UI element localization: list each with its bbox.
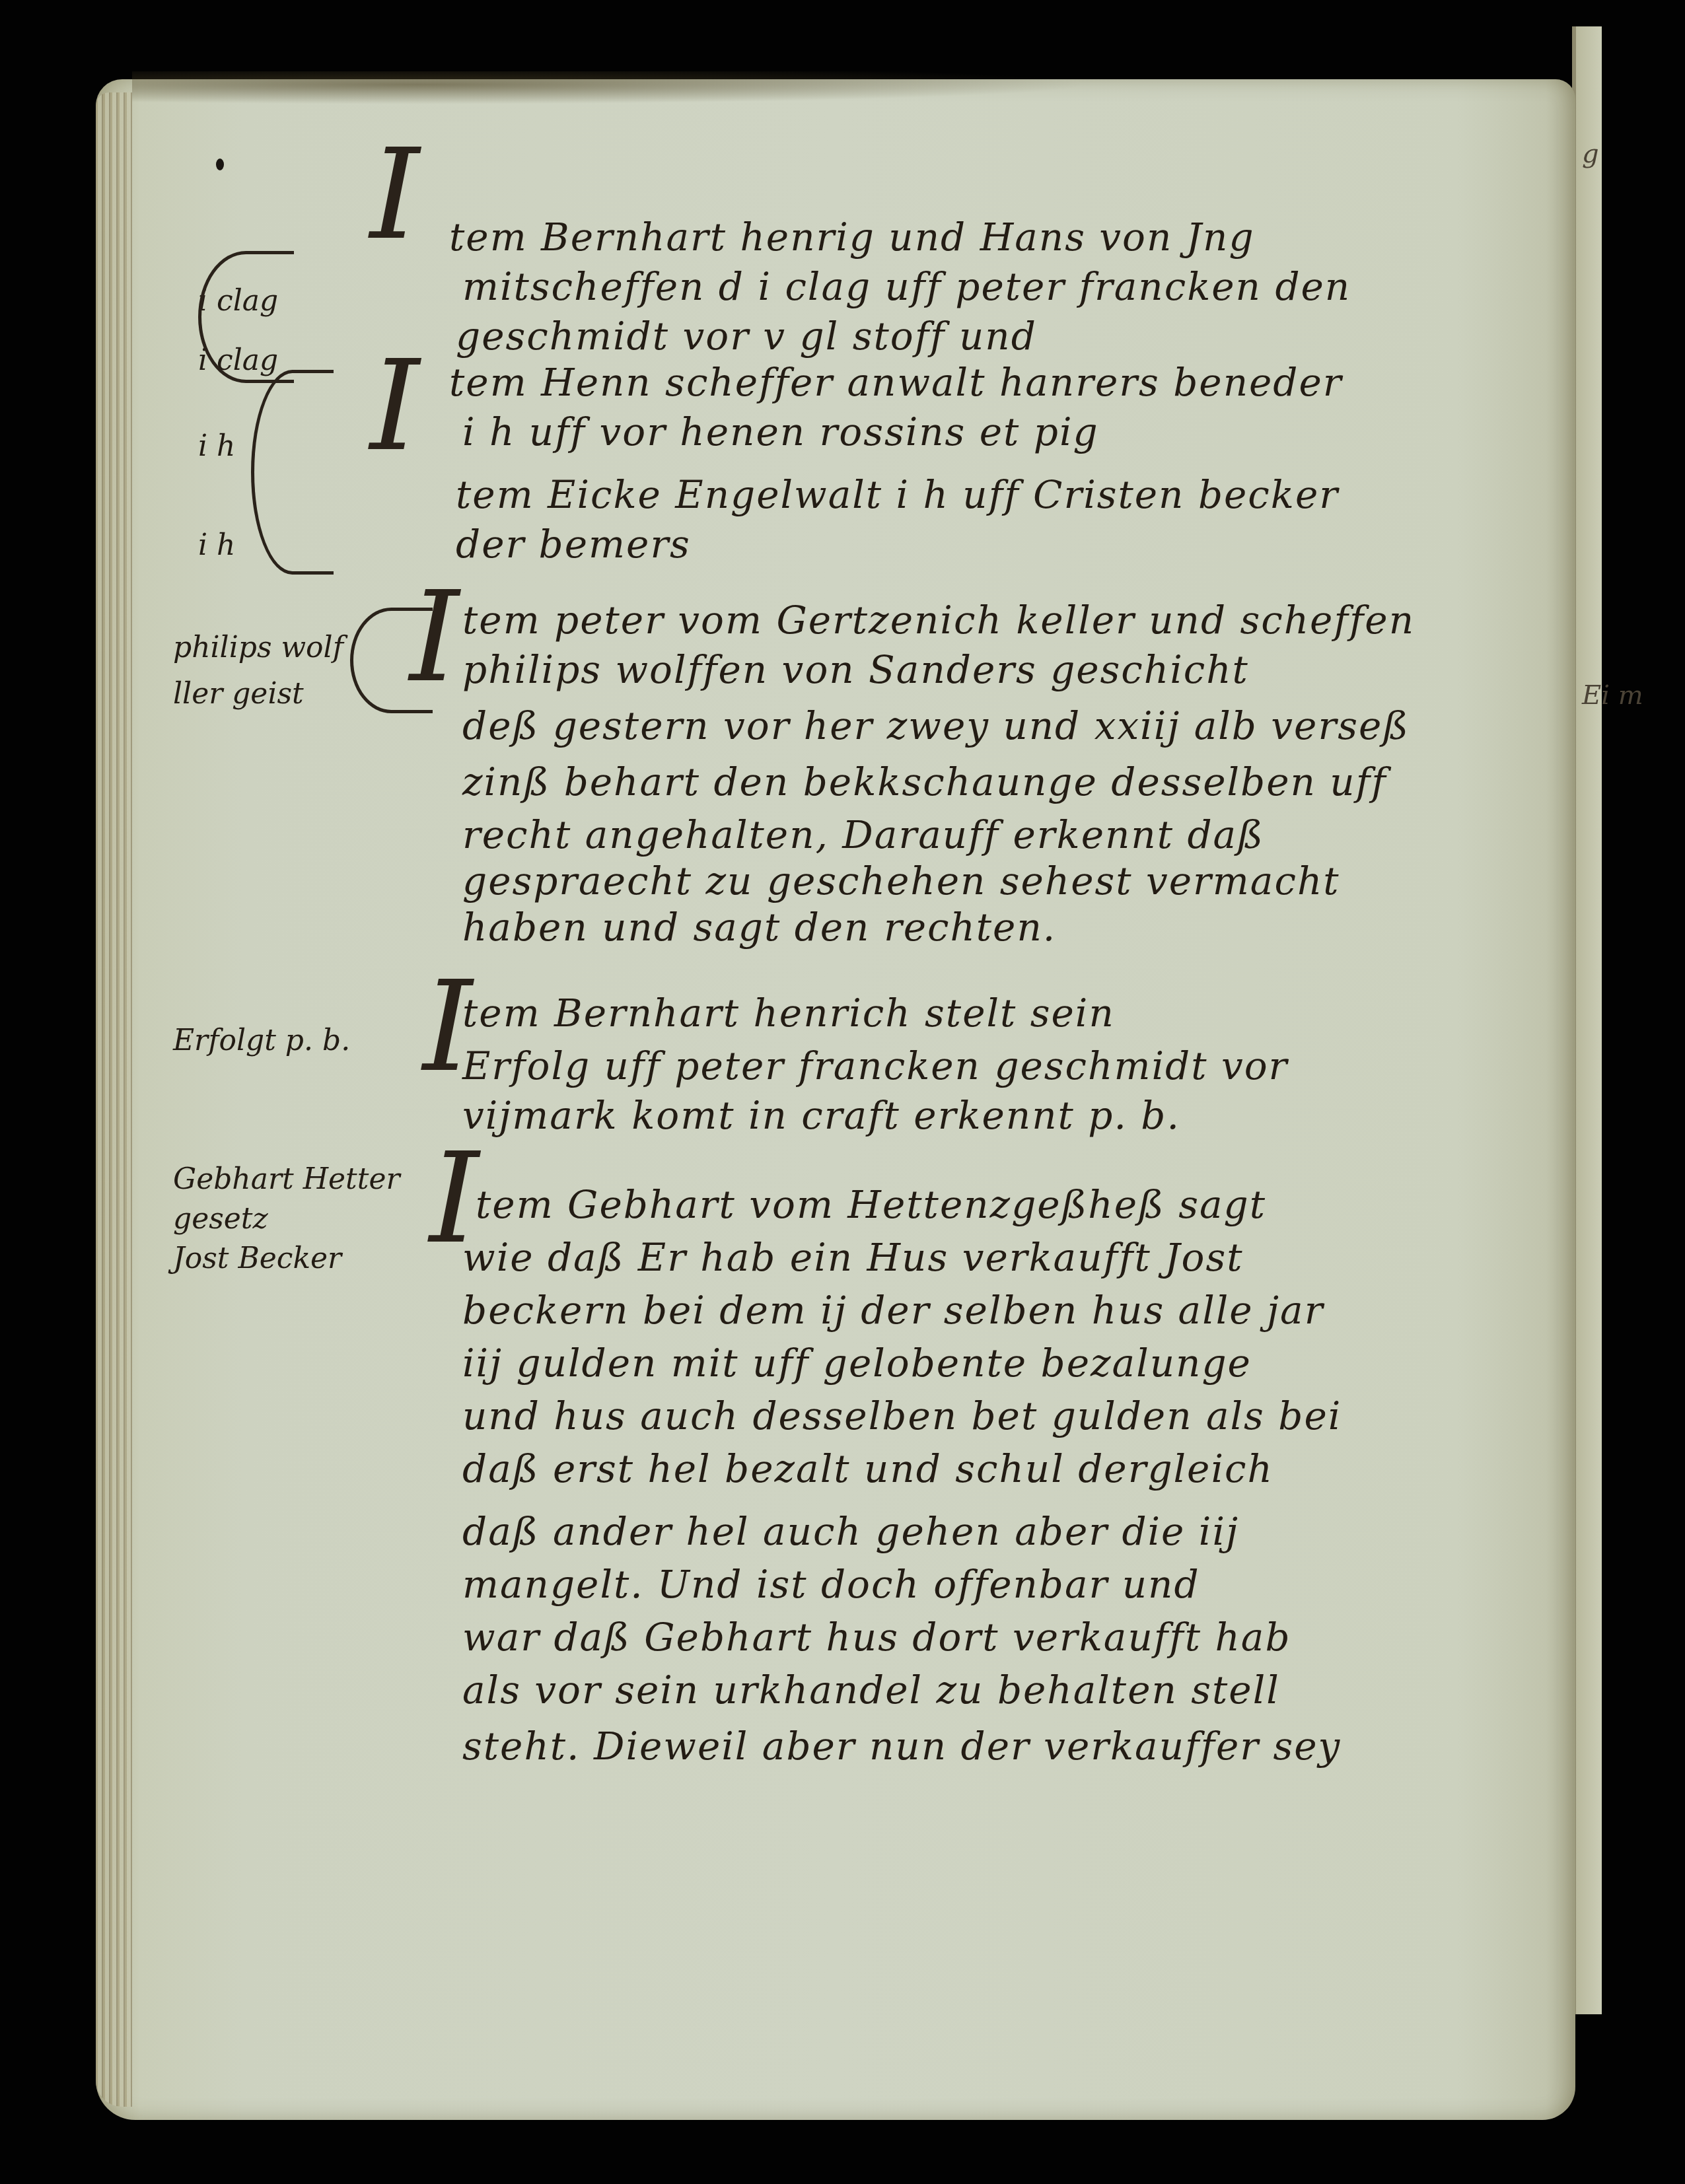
text-line: recht angehalten, Darauff erkennt daß [462,812,1264,857]
text-line: wie daß Er hab ein Hus verkaufft Jost [462,1235,1243,1280]
margin-note: philips wolf [173,631,343,664]
text-line: tem Bernhart henrich stelt sein [462,991,1115,1036]
adjacent-page-edge [1575,26,1602,2014]
text-line: als vor sein urkhandel zu behalten stell [462,1668,1280,1712]
decorated-initial: I [370,132,419,258]
text-line: haben und sagt den rechten. [462,905,1056,950]
margin-note: i h [198,528,235,562]
text-line: mangelt. Und ist doch offenbar und [462,1562,1200,1607]
text-line: geschmidt vor v gl stoff und [456,314,1037,359]
margin-bracket [198,251,294,383]
margin-bracket [251,370,334,575]
page-edge-wear [96,92,132,2107]
text-line: deß gestern vor her zwey und xxiij alb v… [462,703,1410,748]
text-line: tem Gebhart vom Hettenzgeßheß sagt [476,1182,1266,1227]
text-line: tem peter vom Gertzenich keller und sche… [462,598,1415,643]
decorated-initial: I [410,575,459,700]
margin-note: ller geist [173,677,304,711]
margin-note: gesetz [173,1202,268,1236]
text-line: daß erst hel bezalt und schul dergleich [462,1446,1273,1491]
ink-dot [216,159,224,170]
text-line: zinß behart den bekkschaunge desselben u… [462,759,1387,804]
decorated-initial: I [370,343,419,469]
margin-note: Jost Becker [173,1242,341,1275]
text-line: der bemers [456,522,691,567]
adjacent-page-fragment: g [1582,139,1599,169]
margin-note: Gebhart Hetter [173,1162,400,1196]
text-line: mitscheffen d i clag uff peter francken … [462,264,1351,309]
text-line: gespraecht zu geschehen sehest vermacht [462,859,1340,903]
text-line: Erfolg uff peter francken geschmidt vor [462,1043,1288,1088]
text-line: und hus auch desselben bet gulden als be… [462,1393,1342,1438]
adjacent-page-fragment: Ei m [1582,680,1643,711]
text-line: war daß Gebhart hus dort verkaufft hab [462,1615,1291,1660]
text-line: daß ander hel auch gehen aber die iij [462,1509,1239,1554]
margin-note: Erfolgt p. b. [173,1024,350,1057]
text-line: steht. Dieweil aber nun der verkauffer s… [462,1724,1341,1769]
margin-note: i h [198,429,235,463]
text-line: tem Bernhart henrig und Hans von Jng [449,215,1255,260]
text-line: iij gulden mit uff gelobente bezalunge [462,1341,1252,1386]
text-line: beckern bei dem ij der selben hus alle j… [462,1288,1324,1333]
text-line: vijmark komt in craft erkennt p. b. [462,1093,1180,1138]
text-line: philips wolffen von Sanders geschicht [462,647,1249,692]
text-line: i h uff vor henen rossins et pig [462,409,1099,454]
text-line: tem Eicke Engelwalt i h uff Cristen beck… [456,472,1339,517]
text-line: tem Henn scheffer anwalt hanrers beneder [449,360,1343,405]
top-stain [132,71,1090,104]
